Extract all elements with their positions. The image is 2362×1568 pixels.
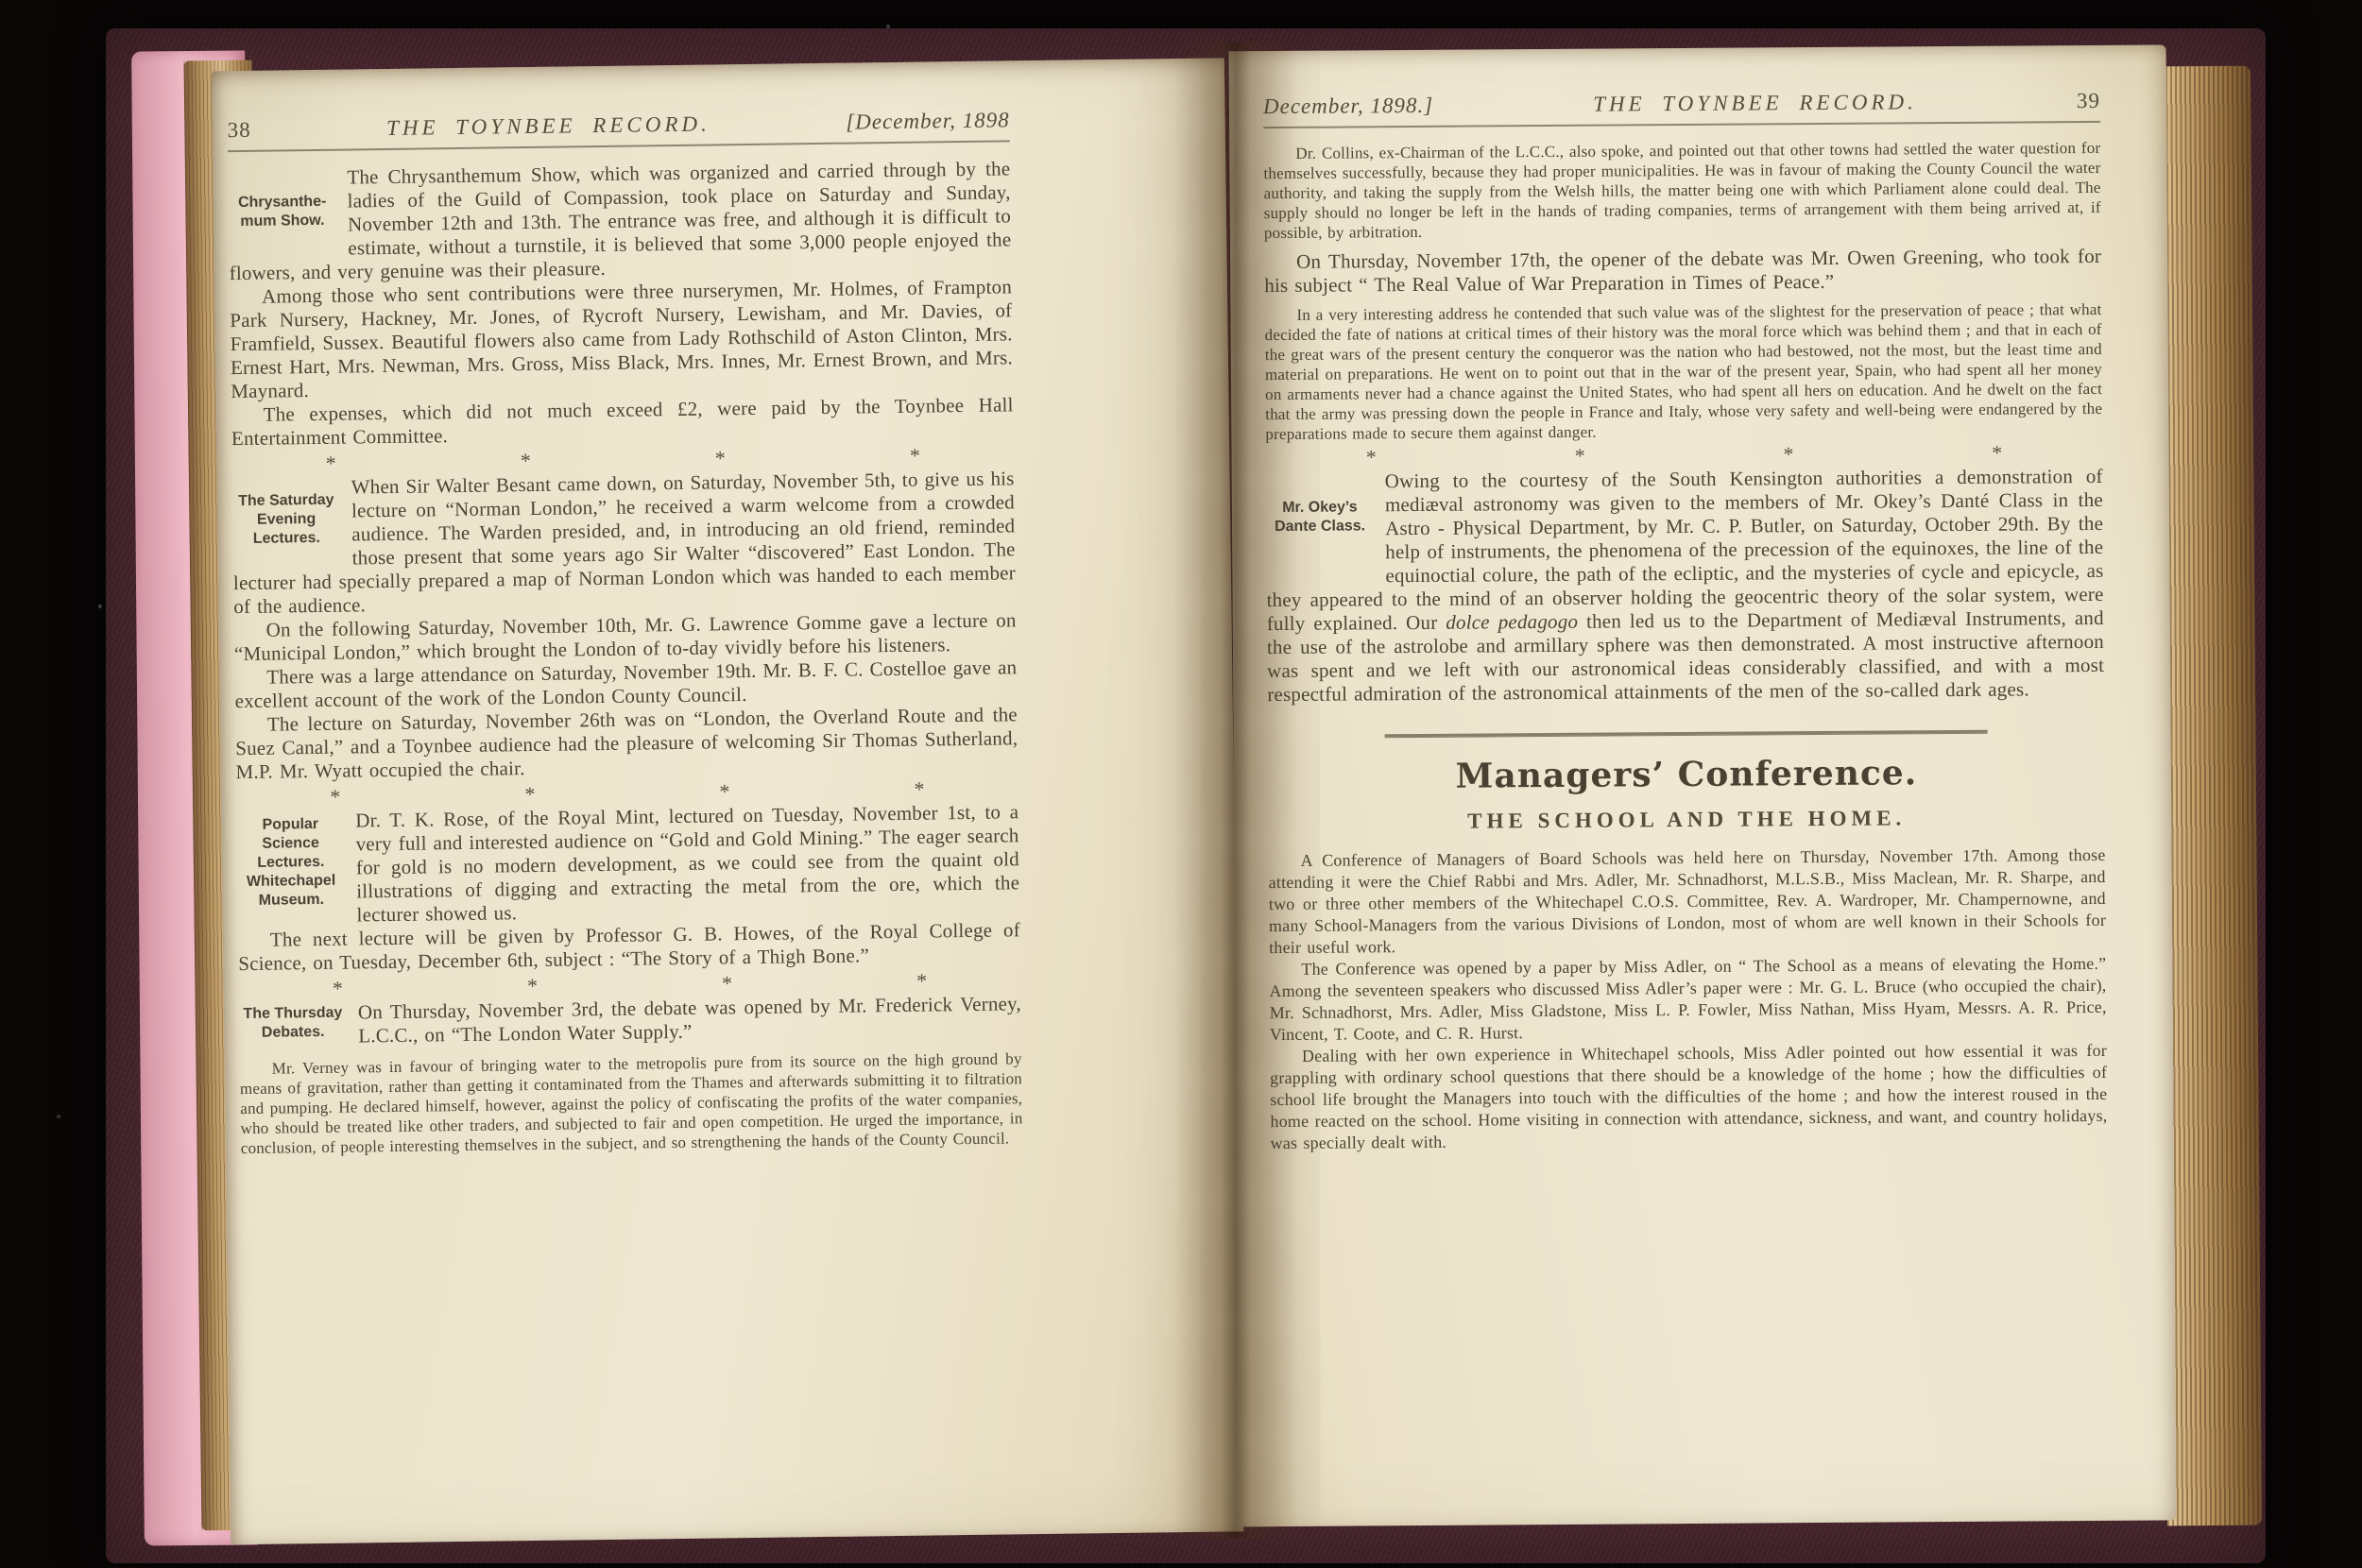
left-header-date: [December, 1898 <box>846 108 1010 134</box>
article-subheading: THE SCHOOL AND THE HOME. <box>1268 805 2105 835</box>
margin-note-line: Lectures. <box>232 529 340 549</box>
margin-note-okeys-dante-class: Mr. Okey’s Dante Class. <box>1266 469 1375 567</box>
margin-note-line: Dante Class. <box>1266 517 1374 537</box>
body-paragraph: The Conference was opened by a paper by … <box>1269 953 2107 1046</box>
italic-phrase: dolce pedagogo <box>1446 610 1578 634</box>
right-page-header: December, 1898.] THE TOYNBEE RECORD. 39 <box>1263 89 2100 119</box>
asterisk: * <box>1575 447 1585 466</box>
right-running-title: THE TOYNBEE RECORD. <box>1593 90 1917 116</box>
dust-speck <box>98 605 102 608</box>
margin-note-line: Lectures. <box>237 853 345 873</box>
margin-note-line: Science <box>236 834 344 854</box>
body-paragraph: A Conference of Managers of Board School… <box>1268 844 2106 959</box>
margin-note-line: Mr. Okey’s <box>1266 498 1374 518</box>
body-paragraph: Dealing with her own experience in White… <box>1270 1040 2108 1154</box>
asterisk: * <box>330 788 340 807</box>
body-paragraph: Dr. T. K. Rose, of the Royal Mint, lectu… <box>236 800 1020 929</box>
body-paragraph: The expenses, which did not much exceed … <box>231 393 1014 451</box>
asterisk: * <box>916 972 927 991</box>
margin-note-line: Popular <box>236 815 344 835</box>
asterisk: * <box>527 977 538 996</box>
margin-note-chrysanthemum-show: Chrysanthe- mum Show. <box>228 166 336 262</box>
margin-note-saturday-evening-lectures: The Saturday Evening Lectures. <box>232 476 341 571</box>
left-running-title: THE TOYNBEE RECORD. <box>386 111 710 140</box>
section-divider-rule <box>1385 730 1988 738</box>
margin-note-line: mum Show. <box>229 212 336 231</box>
dust-speck <box>57 1115 60 1118</box>
margin-note-line: Debates. <box>239 1023 347 1043</box>
margin-note-thursday-debates: The Thursday Debates. <box>239 1001 348 1051</box>
body-paragraph: Among those who sent contributions were … <box>230 275 1014 403</box>
header-rule <box>228 140 1010 152</box>
body-paragraph: On Thursday, November 3rd, the debate wa… <box>239 992 1022 1049</box>
asterisk: * <box>715 449 726 468</box>
margin-note-line: Evening <box>232 510 340 530</box>
margin-note-line: The Saturday <box>232 491 340 511</box>
margin-note-line: Chrysanthe- <box>229 193 336 213</box>
asterisk: * <box>326 454 336 473</box>
margin-note-line: Museum. <box>237 891 345 911</box>
asterisk-separator: * * * * <box>1366 444 2002 468</box>
header-rule <box>1263 121 2100 128</box>
photo-background: 38 THE TOYNBEE RECORD. [December, 1898 C… <box>0 0 2362 1568</box>
asterisk: * <box>1783 445 1793 464</box>
asterisk: * <box>914 780 924 799</box>
left-page-header: 38 THE TOYNBEE RECORD. [December, 1898 <box>228 108 1010 143</box>
body-paragraph: When Sir Walter Besant came down, on Sat… <box>232 467 1017 619</box>
asterisk: * <box>1366 448 1377 467</box>
asterisk: * <box>1992 444 2002 463</box>
managers-conference-article: Managers’ Conference. THE SCHOOL AND THE… <box>1268 752 2108 1154</box>
asterisk: * <box>333 980 343 998</box>
asterisk: * <box>719 782 729 801</box>
margin-note-popular-science-lectures: Popular Science Lectures. Whitechapel Mu… <box>236 810 346 929</box>
left-page: 38 THE TOYNBEE RECORD. [December, 1898 C… <box>212 58 1243 1544</box>
right-page-number: 39 <box>2077 89 2100 113</box>
asterisk: * <box>910 447 920 466</box>
margin-note-line: The Thursday <box>239 1004 347 1024</box>
body-paragraph: The next lecture will be given by Profes… <box>238 918 1021 976</box>
right-page: December, 1898.] THE TOYNBEE RECORD. 39 … <box>1229 44 2177 1526</box>
asterisk: * <box>521 452 531 470</box>
section-okeys-dante-class: Mr. Okey’s Dante Class. Owing to the cou… <box>1266 465 2105 707</box>
section-popular-science-lectures: Popular Science Lectures. Whitechapel Mu… <box>236 800 1020 976</box>
right-header-date: December, 1898.] <box>1263 94 1433 119</box>
body-paragraph: The lecture on Saturday, November 26th w… <box>235 703 1018 784</box>
left-page-number: 38 <box>228 118 251 143</box>
section-saturday-evening-lectures: The Saturday Evening Lectures. When Sir … <box>232 467 1018 784</box>
fine-print-paragraph: Dr. Collins, ex-Chairman of the L.C.C., … <box>1263 138 2101 243</box>
fine-print-paragraph: Mr. Verney was in favour of bringing wat… <box>240 1048 1023 1158</box>
asterisk: * <box>524 785 535 804</box>
section-chrysanthemum-show: Chrysanthe- mum Show. The Chrysanthemum … <box>228 157 1014 451</box>
asterisk: * <box>722 974 732 993</box>
margin-note-line: Whitechapel <box>237 872 345 892</box>
fine-print-paragraph: In a very interesting address he contend… <box>1264 299 2102 444</box>
article-heading: Managers’ Conference. <box>1268 752 2105 797</box>
body-paragraph: On Thursday, November 17th, the opener o… <box>1264 245 2101 298</box>
body-paragraph: The Chrysanthemum Show, which was organi… <box>228 157 1012 285</box>
body-paragraph: Owing to the courtesy of the South Kensi… <box>1266 465 2105 707</box>
